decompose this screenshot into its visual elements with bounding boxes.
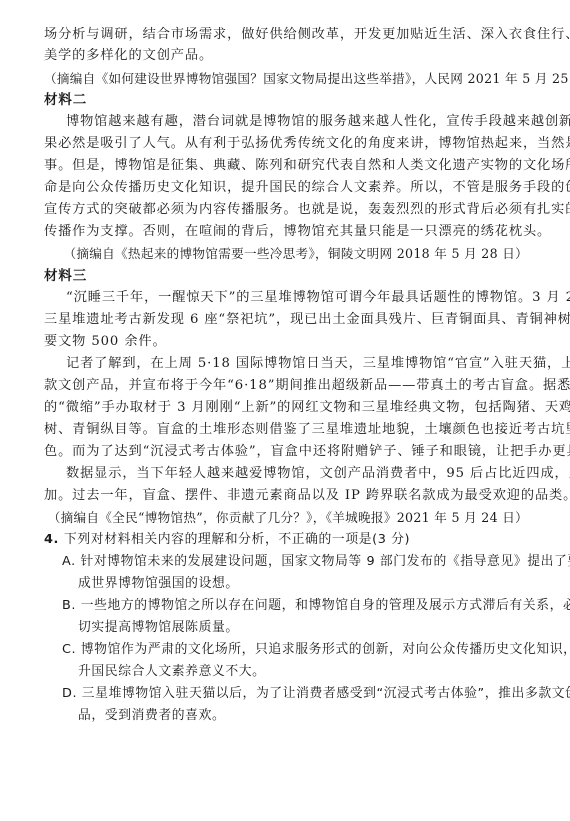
- material2-line: 果必然是吸引了人气。从有利于弘扬优秀传统文化的角度来讲，博物馆热起来，当然是一件…: [44, 135, 528, 153]
- material3-heading: 材料三: [44, 267, 528, 285]
- q4-option-c-cont: 升国民综合人文素养意义不大。: [78, 663, 528, 681]
- q4-option-d-cont: 品，受到消费者的喜欢。: [78, 707, 528, 725]
- material1-line: 美学的多样化的文创产品。: [44, 47, 528, 65]
- q4-option-a: A. 针对博物馆未来的发展建设问题，国家文物局等 9 部门发布的《指导意见》提出…: [62, 553, 528, 571]
- material3-line: 色。而为了达到“沉浸式考古体验”，盲盒中还将附赠铲子、锤子和眼镜，让把手办更具仪…: [44, 443, 528, 461]
- material1-source: （摘编自《如何建设世界博物馆强国？国家文物局提出这些举措》，人民网 2021 年…: [44, 70, 528, 88]
- material3-line: 要文物 500 余件。: [44, 333, 528, 351]
- question-number: 4.: [44, 531, 64, 549]
- question-text: 下列对材料相关内容的理解和分析，不正确的一项是(3 分): [64, 532, 410, 547]
- material3-line: 加。过去一年，盲盒、摆件、非遗元素商品以及 IP 跨界联名款成为最受欢迎的品类。: [44, 487, 528, 505]
- material3-line: 记者了解到，在上周 5·18 国际博物馆日当天，三星堆博物馆“官宣”入驻天猫，上…: [66, 355, 528, 373]
- material2-heading: 材料二: [44, 91, 528, 109]
- question-4-stem: 4.下列对材料相关内容的理解和分析，不正确的一项是(3 分): [44, 531, 528, 549]
- q4-option-b-cont: 切实提高博物馆展陈质量。: [78, 619, 528, 637]
- q4-option-a-cont: 成世界博物馆强国的设想。: [78, 575, 528, 593]
- material3-line: 款文创产品，并宣布将于今年“6·18”期间推出超级新品——带真土的考古盲盒。据悉…: [44, 377, 528, 395]
- material2-line: 博物馆越来越有趣，潜台词就是博物馆的服务越来越人性化，宣传手段越来越创新，其结: [66, 113, 528, 131]
- material3-line: 的“微缩”手办取材于 3 月刚刚“上新”的网红文物和三星堆经典文物，包括陶猪、天…: [44, 399, 528, 417]
- material3-source: （摘编自《全民“博物馆热”，你贡献了几分？》，《羊城晚报》2021 年 5 月 …: [44, 509, 528, 527]
- material2-source: （摘编自《热起来的博物馆需要一些冷思考》，铜陵文明网 2018 年 5 月 28…: [44, 245, 528, 263]
- material2-line: 传播作为支撑。否则，在喧闹的背后，博物馆充其量只能是一只漂亮的绣花枕头。: [44, 223, 528, 241]
- material3-line: 三星堆遗址考古新发现 6 座“祭祀坑”，现已出土金面具残片、巨青铜面具、青铜神树…: [44, 311, 528, 329]
- material1-line: 场分析与调研，结合市场需求，做好供给侧改革，开发更加贴近生活、深入衣食住行、引领…: [44, 26, 528, 44]
- q4-option-d: D. 三星堆博物馆入驻天猫以后，为了让消费者感受到“沉浸式考古体验”，推出多款文…: [62, 685, 528, 703]
- material2-line: 命是向公众传播历史文化知识，提升国民的综合人文素养。所以，不管是服务手段的创新还…: [44, 179, 528, 197]
- material2-line: 宣传方式的突破都必须为内容传播服务。也就是说，轰轰烈烈的形式背后必须有扎实的内容: [44, 201, 528, 219]
- material2-line: 事。但是，博物馆是征集、典藏、陈列和研究代表自然和人类文化遗产实物的文化场所，它…: [44, 157, 528, 175]
- q4-option-b: B. 一些地方的博物馆之所以存在问题，和博物馆自身的管理及展示方式滞后有关系，必…: [62, 597, 528, 615]
- material3-line: 数据显示，当下年轻人越来越爱博物馆，文创产品消费者中，95 后占比近四成，且逐年…: [66, 465, 528, 483]
- material3-line: 树、青铜纵目等。盲盒的土堆形态则借鉴了三星堆遗址地貌，土壤颜色也接近考古坑里的土: [44, 421, 528, 439]
- q4-option-c: C. 博物馆作为严肃的文化场所，只追求服务形式的创新，对向公众传播历史文化知识，…: [62, 641, 528, 659]
- exam-page: 场分析与调研，结合市场需求，做好供给侧改革，开发更加贴近生活、深入衣食住行、引领…: [0, 0, 570, 821]
- material3-line: “沉睡三千年，一醒惊天下”的三星堆博物馆可谓今年最具话题性的博物馆。3 月 20…: [66, 289, 528, 307]
